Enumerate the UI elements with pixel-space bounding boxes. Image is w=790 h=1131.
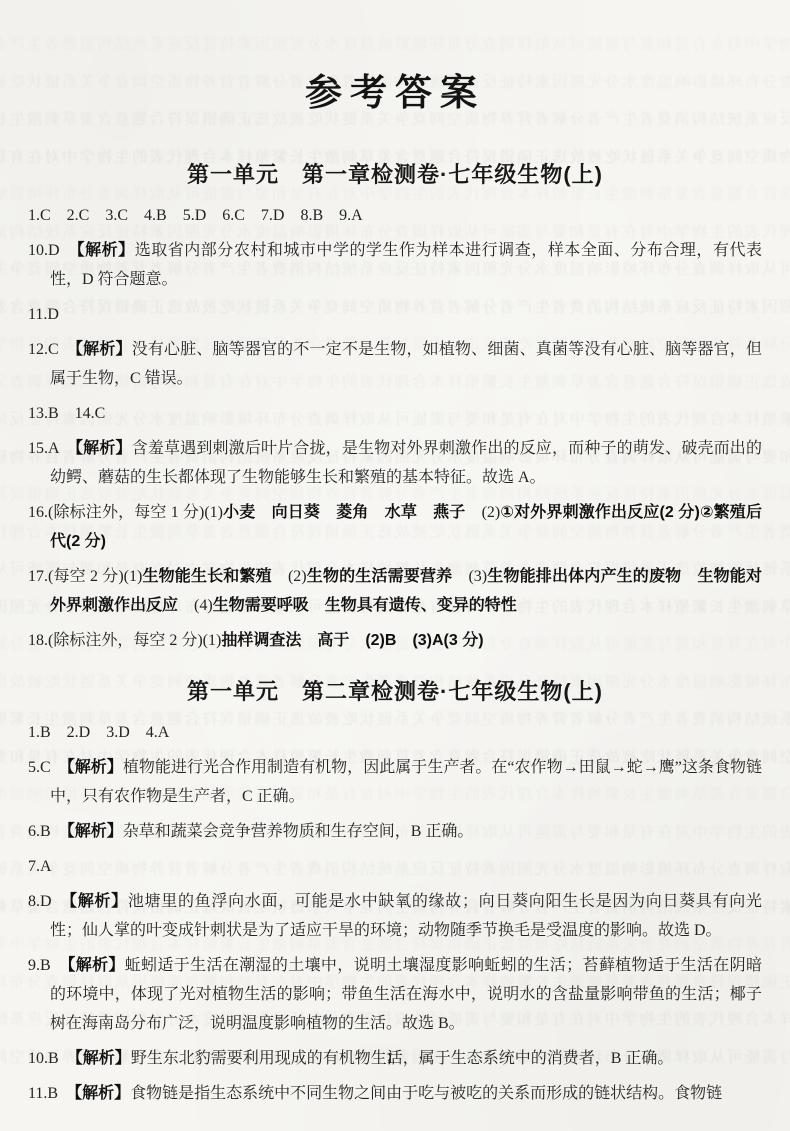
answer-text: 蚯蚓适于生活在潮湿的土壤中，说明土壤湿度影响蚯蚓的生活；苔藓植物适于生活在阴暗的… <box>50 957 762 1032</box>
answer-text: (2) <box>272 568 307 585</box>
answer-bold-text: 【解析】 <box>75 440 132 457</box>
answer-text: 杂草和蔬菜会竞争营养物质和生存空间，B 正确。 <box>123 823 474 840</box>
answer-text: 选取省内部分农村和城市中学的学生作为样本进行调查，样本全面、分布合理，有代表性，… <box>50 242 762 288</box>
answer-bold-text: 【解析】 <box>67 823 123 840</box>
answer-text: 植物能进行光合作用制造有机物，因此属于生产者。在“农作物→田鼠→蛇→鹰”这条食物… <box>50 759 762 805</box>
answer-text: (3) <box>452 568 487 585</box>
scanned-answer-page: 的生物学中对在有是和要与需能可从取样调查分布环境影响温度水分光照因素特征反应系统… <box>0 0 790 1131</box>
answer-section-2: 第一单元 第二章检测卷·七年级生物(上)1.B 2.D 3.D 4.A5.C 【… <box>28 675 762 1108</box>
answer-bold-text: 【解析】 <box>74 1085 130 1102</box>
answer-item: 8.D 【解析】池塘里的鱼浮向水面，可能是水中缺氧的缘故；向日葵向阳生长是因为向… <box>28 887 762 945</box>
answer-text: 池塘里的鱼浮向水面，可能是水中缺氧的缘故；向日葵向阳生长是因为向日葵具有向光性；… <box>50 893 762 939</box>
answer-item: 10.D 【解析】选取省内部分农村和城市中学的学生作为样本进行调查，样本全面、分… <box>28 236 762 294</box>
answer-text: 11.B <box>28 1085 74 1102</box>
answer-item: 16.(除标注外，每空 1 分)(1)小麦 向日葵 菱角 水草 燕子 (2)①对… <box>28 498 762 556</box>
answer-text: 12.C <box>28 341 75 358</box>
answer-sections: 第一单元 第一章检测卷·七年级生物(上)1.C 2.C 3.C 4.B 5.D … <box>28 158 762 1108</box>
answer-text: 食物链是指生态系统中不同生物之间由于吃与被吃的关系而形成的链状结构。食物链 <box>130 1085 722 1102</box>
answer-item: 12.C 【解析】没有心脏、脑等器官的不一定不是生物，如植物、细菌、真菌等没有心… <box>28 335 762 393</box>
answer-bold-text: 【解析】 <box>77 242 135 259</box>
page-content: 参考答案 第一单元 第一章检测卷·七年级生物(上)1.C 2.C 3.C 4.B… <box>28 0 762 1114</box>
answer-text: 17.(每空 2 分)(1) <box>28 568 142 585</box>
answer-text: 16.(除标注外，每空 1 分)(1) <box>28 504 223 521</box>
answer-text: 1.B 2.D 3.D 4.A <box>28 724 169 741</box>
answer-item: 9.B 【解析】蚯蚓适于生活在潮湿的土壤中，说明土壤湿度影响蚯蚓的生活；苔藓植物… <box>28 951 762 1038</box>
answer-text: 8.D <box>28 893 69 910</box>
answer-item: 17.(每空 2 分)(1)生物能生长和繁殖 (2)生物的生活需要营养 (3)生… <box>28 562 762 620</box>
page-title: 参考答案 <box>28 62 762 116</box>
answer-item: 1.C 2.C 3.C 4.B 5.D 6.C 7.D 8.B 9.A <box>28 201 762 230</box>
section-heading: 第一单元 第一章检测卷·七年级生物(上) <box>28 158 762 189</box>
answer-text: 15.A <box>28 440 75 457</box>
answer-item: 5.C 【解析】植物能进行光合作用制造有机物，因此属于生产者。在“农作物→田鼠→… <box>28 753 762 811</box>
answer-bold-text: 生物需要呼吸 生物具有遗传、变异的特性 <box>213 597 517 614</box>
answer-item: 18.(除标注外，每空 2 分)(1)抽样调查法 高于 (2)B (3)A(3 … <box>28 626 762 655</box>
answer-bold-text: 【解析】 <box>75 341 132 358</box>
answer-bold-text: 生物的生活需要营养 <box>307 568 453 585</box>
answer-bold-text: 【解析】 <box>67 759 123 776</box>
answer-text: 含羞草遇到刺激后叶片合拢，是生物对外界刺激作出的反应，而种子的萌发、破壳而出的幼… <box>50 440 762 486</box>
page-number: · 1 · <box>0 1050 790 1068</box>
answer-text: 6.B <box>28 823 67 840</box>
answer-text: (4) <box>178 597 213 614</box>
answer-text: 9.B <box>28 957 67 974</box>
answer-item: 15.A 【解析】含羞草遇到刺激后叶片合拢，是生物对外界刺激作出的反应，而种子的… <box>28 434 762 492</box>
answer-text: 11.D <box>28 306 59 323</box>
answer-item: 6.B 【解析】杂草和蔬菜会竞争营养物质和生存空间，B 正确。 <box>28 817 762 846</box>
answer-bold-text: 抽样调查法 高于 (2)B (3)A(3 分) <box>221 632 483 649</box>
answer-text: 7.A <box>28 858 52 875</box>
answer-bold-text: 【解析】 <box>69 893 128 910</box>
answer-item: 11.B 【解析】食物链是指生态系统中不同生物之间由于吃与被吃的关系而形成的链状… <box>28 1079 762 1108</box>
answer-bold-text: 小麦 向日葵 菱角 水草 燕子 <box>223 504 465 521</box>
section-heading: 第一单元 第二章检测卷·七年级生物(上) <box>28 675 762 706</box>
answer-text: 没有心脏、脑等器官的不一定不是生物，如植物、细菌、真菌等没有心脏、脑等器官，但属… <box>50 341 762 387</box>
answer-item: 1.B 2.D 3.D 4.A <box>28 718 762 747</box>
answer-text: 10.D <box>28 242 77 259</box>
answer-bold-text: 【解析】 <box>67 957 124 974</box>
answer-text: 18.(除标注外，每空 2 分)(1) <box>28 632 221 649</box>
answer-bold-text: 生物能生长和繁殖 <box>142 568 272 585</box>
answer-item: 7.A <box>28 852 762 881</box>
answer-section-1: 第一单元 第一章检测卷·七年级生物(上)1.C 2.C 3.C 4.B 5.D … <box>28 158 762 655</box>
answer-item: 13.B 14.C <box>28 399 762 428</box>
answer-item: 11.D <box>28 300 762 329</box>
answer-text: (2) <box>465 504 500 521</box>
answer-text: 5.C <box>28 759 67 776</box>
answer-text: 1.C 2.C 3.C 4.B 5.D 6.C 7.D 8.B 9.A <box>28 207 363 224</box>
answer-text: 13.B 14.C <box>28 405 105 422</box>
